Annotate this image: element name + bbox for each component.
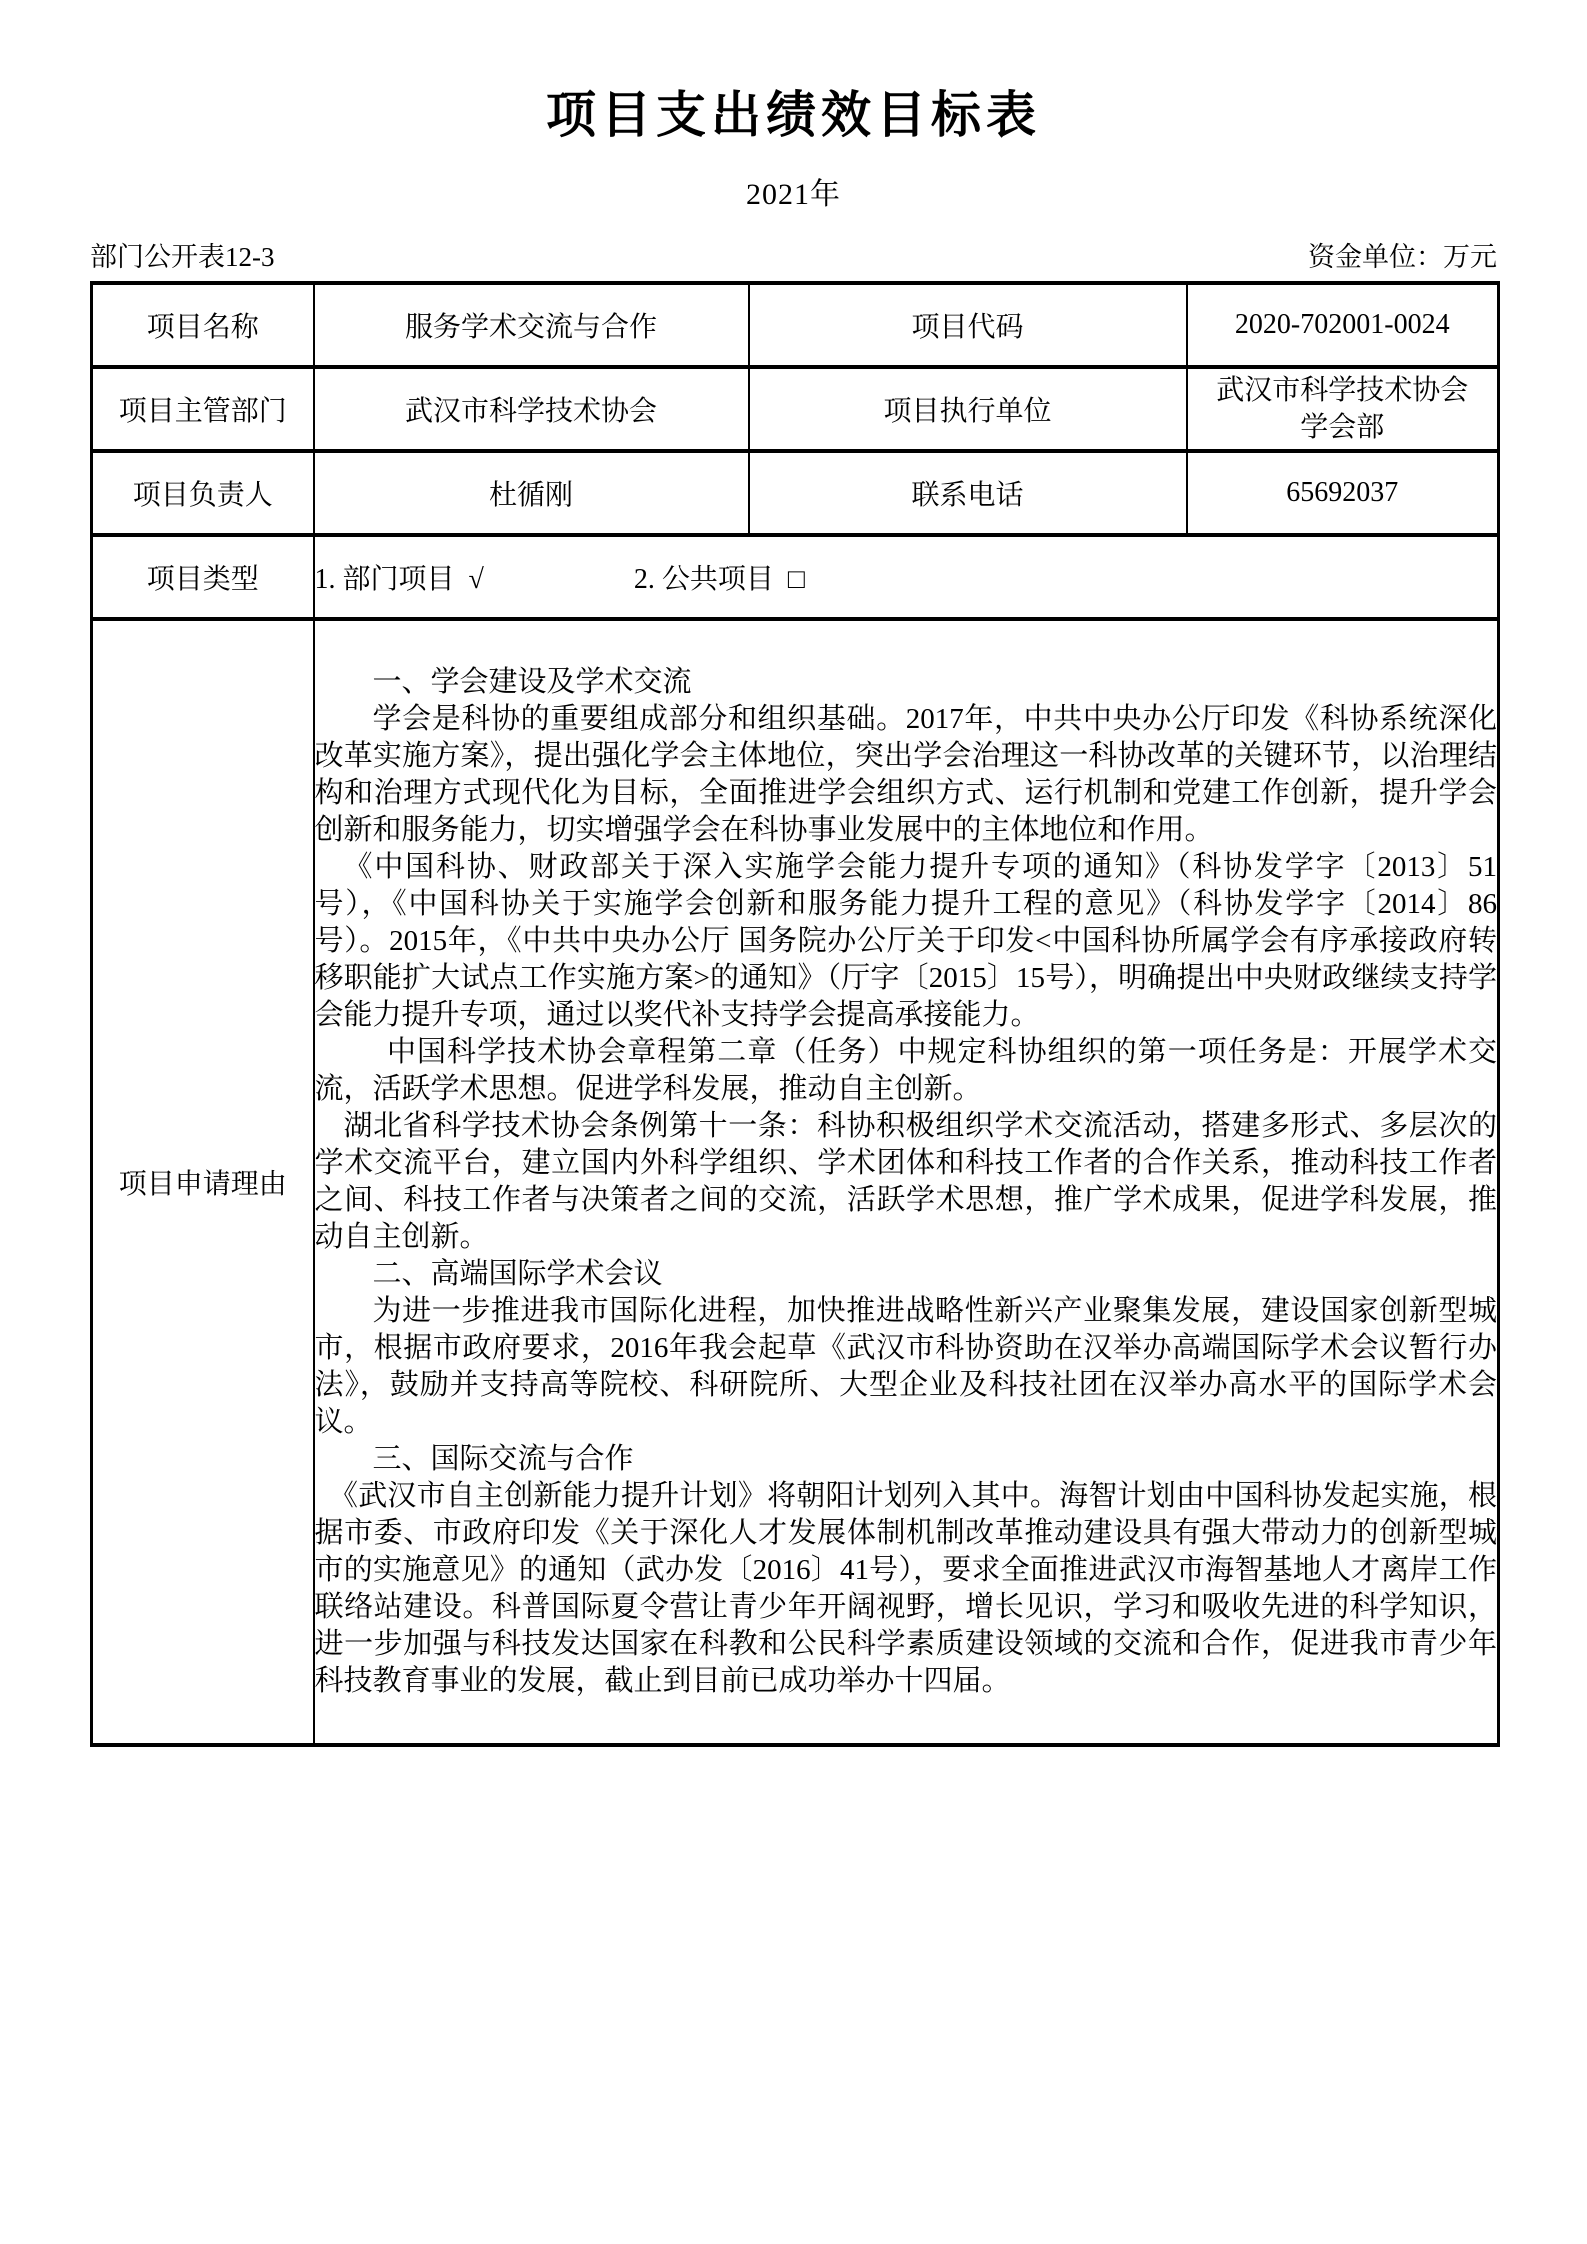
reason-paragraph: 一、学会建设及学术交流: [315, 664, 1498, 701]
executing-unit-label: 项目执行单位: [749, 367, 1187, 451]
reason-paragraph: 《武汉市自主创新能力提升计划》将朝阳计划列入其中。海智计划由中国科协发起实施，根…: [315, 1478, 1498, 1700]
page-subtitle: 2021年: [90, 143, 1497, 213]
reason-paragraph: 学会是科协的重要组成部分和组织基础。2017年，中共中央办公厅印发《科协系统深化…: [315, 701, 1498, 849]
project-leader-value: 杜循刚: [314, 451, 749, 535]
checkmark-icon: √: [469, 564, 484, 595]
reason-paragraph: 湖北省科学技术协会条例第十一条：科协积极组织学术交流活动，搭建多形式、多层次的学…: [315, 1108, 1498, 1256]
project-code-value: 2020-702001-0024: [1187, 283, 1499, 367]
application-reason-text: 一、学会建设及学术交流 学会是科协的重要组成部分和组织基础。2017年，中共中央…: [314, 619, 1499, 1745]
page-title: 项目支出绩效目标表: [90, 0, 1497, 143]
row-contact: 项目负责人 杜循刚 联系电话 65692037: [92, 451, 1499, 535]
project-code-label: 项目代码: [749, 283, 1187, 367]
row-project-type: 项目类型 1. 部门项目√2. 公共项目□: [92, 535, 1499, 619]
document-page: 项目支出绩效目标表 2021年 部门公开表12-3 资金单位：万元 项目名称 服…: [90, 0, 1497, 1747]
reason-paragraph: 中国科学技术协会章程第二章（任务）中规定科协组织的第一项任务是：开展学术交流，活…: [315, 1034, 1498, 1108]
reason-paragraph: 为进一步推进我市国际化进程，加快推进战略性新兴产业聚集发展，建设国家创新型城市，…: [315, 1293, 1498, 1441]
reason-paragraph: 《中国科协、财政部关于深入实施学会能力提升专项的通知》（科协发学字〔2013〕5…: [315, 849, 1498, 1034]
row-application-reason: 项目申请理由 一、学会建设及学术交流 学会是科协的重要组成部分和组织基础。201…: [92, 619, 1499, 1745]
project-name-value: 服务学术交流与合作: [314, 283, 749, 367]
project-leader-label: 项目负责人: [92, 451, 314, 535]
checkbox-icon: □: [788, 564, 805, 595]
meta-row: 部门公开表12-3 资金单位：万元: [90, 241, 1497, 273]
reason-paragraph: 三、国际交流与合作: [315, 1441, 1498, 1478]
supervising-department-label: 项目主管部门: [92, 367, 314, 451]
contact-phone-label: 联系电话: [749, 451, 1187, 535]
contact-phone-value: 65692037: [1187, 451, 1499, 535]
reason-paragraph: 二、高端国际学术会议: [315, 1256, 1498, 1293]
row-departments: 项目主管部门 武汉市科学技术协会 项目执行单位 武汉市科学技术协会 学会部: [92, 367, 1499, 451]
project-type-label: 项目类型: [92, 535, 314, 619]
department-project-option-label: 1. 部门项目: [315, 564, 455, 595]
row-project-name: 项目名称 服务学术交流与合作 项目代码 2020-702001-0024: [92, 283, 1499, 367]
executing-unit-value: 武汉市科学技术协会 学会部: [1187, 367, 1499, 451]
public-project-option-label: 2. 公共项目: [634, 564, 774, 595]
public-project-option: 2. 公共项目□: [634, 564, 805, 595]
application-reason-label: 项目申请理由: [92, 619, 314, 1745]
project-name-label: 项目名称: [92, 283, 314, 367]
form-number: 部门公开表12-3: [90, 241, 275, 273]
supervising-department-value: 武汉市科学技术协会: [314, 367, 749, 451]
project-type-options: 1. 部门项目√2. 公共项目□: [314, 535, 1499, 619]
department-project-option: 1. 部门项目√: [315, 564, 484, 595]
currency-unit-note: 资金单位：万元: [1308, 241, 1497, 273]
project-info-table: 项目名称 服务学术交流与合作 项目代码 2020-702001-0024 项目主…: [90, 281, 1500, 1747]
